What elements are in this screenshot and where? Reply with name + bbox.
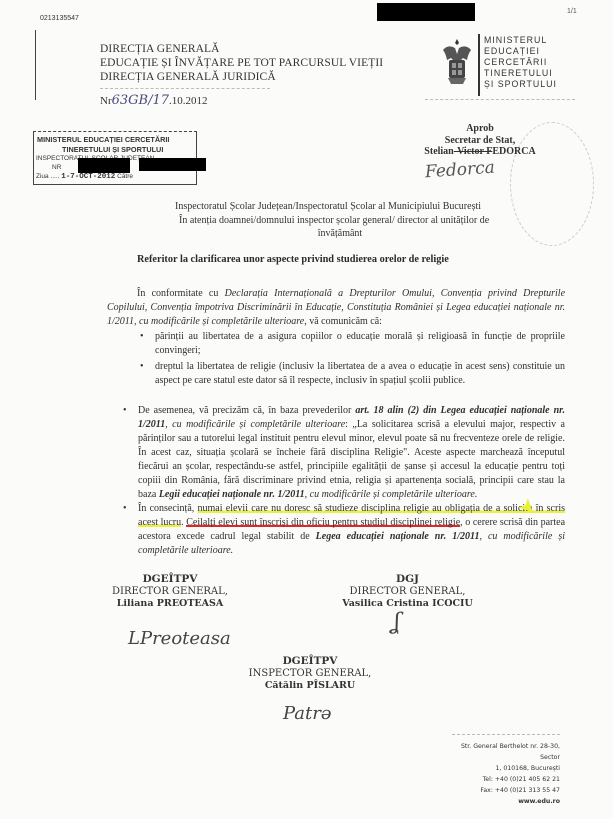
text-run: În consecință, [138,503,198,514]
stamp-line: MINISTERUL EDUCAȚIEI CERCETĂRII [37,135,169,144]
recipient-line: În atenția doamnei/domnului inspector șc… [175,214,505,228]
ministry-line: MINISTERUL [484,35,557,46]
list-item: În consecință, numai elevii care nu dore… [123,502,565,558]
red-underline: Ceilalți elevi sunt înscriși din oficiu … [186,517,460,528]
ministry-name: MINISTERUL EDUCAȚIEI CERCETĂRII TINERETU… [484,35,557,90]
header-divider [100,88,270,89]
stamp-ziua: Ziua ..... [36,173,59,180]
handwritten-signature: ʆ [393,610,400,635]
sig-name: Liliana PREOTEASA [100,598,240,611]
sig-name: Vasilica Cristina ICOCIU [330,598,485,611]
stamp-date: 1-7-OCT-2012 [61,173,115,181]
handwritten-signature: LPreoteasa [128,628,231,649]
nr-suffix: .10.2012 [169,95,208,107]
ministry-line: TINERETULUI [484,68,557,79]
margin-line [35,30,36,100]
list-item: părinții au libertatea de a asigura copi… [140,330,565,358]
registration-number: Nr63GB/17.10.2012 [100,93,208,108]
header-line: DIRECȚIA GENERALĂ JURIDICĂ [100,70,383,84]
signature-fedorca: Fedorca [424,158,495,183]
sig-role: INSPECTOR GENERAL, [230,668,390,681]
footer-address: Str. General Berthelot nr. 28-30, Sector [440,741,560,763]
sig-org: DGEÎTPV [230,655,390,668]
text-run: Legii educației naționale nr. 1/2011 [159,489,305,500]
text-run: În conformitate cu [137,288,225,299]
text-run: , cu modificările și completările ulteri… [165,419,345,430]
text-run: Legea educației naționale nr. 1/2011 [316,531,480,542]
ministry-divider [425,99,575,100]
redaction-box [78,158,130,173]
footer-address: 1, 010168, București [440,763,560,774]
sig-name: Cătălin PÎSLARU [230,680,390,693]
letterhead-department: DIRECȚIA GENERALĂ EDUCAȚIE ȘI ÎNVĂȚARE P… [100,42,383,84]
signature-block-pislaru: DGEÎTPV INSPECTOR GENERAL, Cătălin PÎSLA… [230,655,390,693]
website-link[interactable]: www.edu.ro [440,796,560,807]
text-run: , cu modificările și completările ulteri… [305,489,478,500]
recipient-line: Inspectoratul Școlar Județean/Inspectora… [175,200,505,214]
name-struck: -Victor F [454,146,493,157]
signature-block-preoteasa: DGEÎTPV DIRECTOR GENERAL, Liliana PREOTE… [100,573,240,611]
stamp-nr: NR [52,164,61,171]
approval-name: Stelian-Victor FEDORCA [400,146,560,158]
header-line: EDUCAȚIE ȘI ÎNVĂȚARE PE TOT PARCURSUL VI… [100,56,383,70]
text-run: , vă comunicăm că: [304,316,382,327]
name-first: Stelian [424,146,453,157]
recipient-line: învățământ [175,227,505,241]
sig-org: DGEÎTPV [100,573,240,586]
ministry-bar [478,34,480,96]
footer-fax: Fax: +40 (0)21 313 55 47 [440,785,560,796]
footer-divider [452,734,560,735]
footer-tel: Tel: +40 (0)21 405 62 21 [440,774,560,785]
nr-prefix: Nr [100,95,112,107]
ministry-line: ȘI SPORTULUI [484,79,557,90]
approval-role: Secretar de Stat, [400,135,560,147]
approval-title: Aprob [400,123,560,135]
sig-role: DIRECTOR GENERAL, [330,586,485,599]
subject-line: Referitor la clarificarea unor aspecte p… [137,254,449,265]
redaction-box [139,158,206,171]
nr-handwritten: 63GB/17 [112,93,169,108]
list-item: De asemenea, vă precizăm că, în baza pre… [123,404,565,502]
redaction-box [377,3,475,21]
sig-org: DGJ [330,573,485,586]
header-line: DIRECȚIA GENERALĂ [100,42,383,56]
sig-role: DIRECTOR GENERAL, [100,586,240,599]
signature-block-icociu: DGJ DIRECTOR GENERAL, Vasilica Cristina … [330,573,485,611]
coat-of-arms-icon [440,36,474,88]
list-item: dreptul la libertatea de religie (inclus… [140,360,565,388]
page-number: 1/1 [567,8,577,15]
recipient-block: Inspectoratul Școlar Județean/Inspectora… [175,200,505,241]
handwritten-signature: Patrǝ [283,703,332,724]
contact-footer: Str. General Berthelot nr. 28-30, Sector… [440,741,560,807]
ministry-line: CERCETĂRII [484,57,557,68]
fax-id: 0213135547 [40,15,79,22]
intro-paragraph: În conformitate cu Declarația Internațio… [107,287,565,329]
stamp-line: TINERETULUI ȘI SPORTULUI [62,145,163,154]
ministry-line: EDUCAȚIEI [484,46,557,57]
approval-block: Aprob Secretar de Stat, Stelian-Victor F… [400,123,560,158]
rights-list: părinții au libertatea de a asigura copi… [140,330,565,388]
stamp-date-line: Ziua ..... 1-7-OCT-2012 Către [36,173,133,181]
main-list: De asemenea, vă precizăm că, în baza pre… [123,404,565,558]
text-run: : „La solicitarea scrisă a elevului majo… [138,419,565,500]
name-rest: EDORCA [492,146,535,157]
text-run: De asemenea, vă precizăm că, în baza pre… [138,405,355,416]
stamp-catre: Către [117,173,133,180]
